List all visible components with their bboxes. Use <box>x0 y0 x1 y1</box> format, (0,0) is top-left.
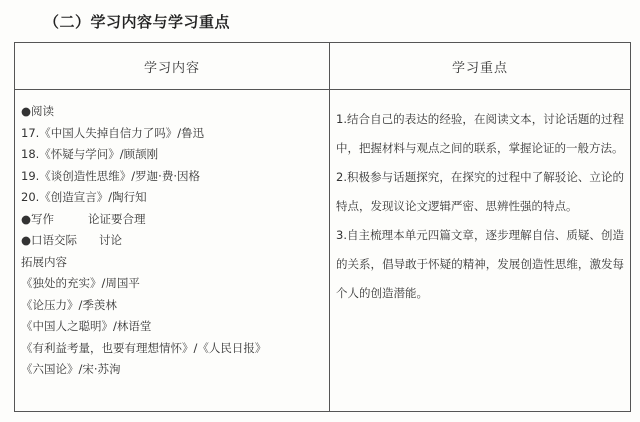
list-item: 《论压力》/季羡林 <box>21 295 321 317</box>
learning-content-list: ●阅读 17.《中国人失掉自信力了吗》/鲁迅 18.《怀疑与学问》/顾颉刚 19… <box>21 101 321 381</box>
focus-point: 2.积极参与话题探究，在探究的过程中了解驳论、立论的特点，发现议论文逻辑严密、思… <box>336 163 624 221</box>
header-learning-content: 学习内容 <box>15 43 329 89</box>
section-title: （二）学习内容与学习重点 <box>44 11 230 32</box>
list-item: 19.《谈创造性思维》/罗迦·费·因格 <box>21 166 321 188</box>
list-item: 《有利益考量，也要有理想情怀》/《人民日报》 <box>21 338 321 360</box>
bullet-icon: ● <box>21 104 31 118</box>
list-item: 17.《中国人失掉自信力了吗》/鲁迅 <box>21 123 321 145</box>
list-item: 《中国人之聪明》/林语堂 <box>21 316 321 338</box>
list-item: ●口语交际讨论 <box>21 230 321 252</box>
list-item: 20.《创造宣言》/陶行知 <box>21 187 321 209</box>
header-learning-focus: 学习重点 <box>330 43 630 89</box>
list-item: 拓展内容 <box>21 252 321 274</box>
list-item: 《独处的充实》/周国平 <box>21 273 321 295</box>
learning-focus-list: 1.结合自己的表达的经验，在阅读文本，讨论话题的过程中，把握材料与观点之间的联系… <box>336 105 624 308</box>
focus-point: 3.自主梳理本单元四篇文章，逐步理解自信、质疑、创造的关系，倡导敢于怀疑的精神，… <box>336 221 624 308</box>
list-item: 18.《怀疑与学问》/顾颉刚 <box>21 144 321 166</box>
list-item: 《六国论》/宋·苏洵 <box>21 359 321 381</box>
study-table: 学习内容 学习重点 ●阅读 17.《中国人失掉自信力了吗》/鲁迅 18.《怀疑与… <box>14 42 631 412</box>
list-item: ●写作论证要合理 <box>21 209 321 231</box>
bullet-icon: ● <box>21 212 31 226</box>
list-item: ●阅读 <box>21 101 321 123</box>
focus-point: 1.结合自己的表达的经验，在阅读文本，讨论话题的过程中，把握材料与观点之间的联系… <box>336 105 624 163</box>
header-divider <box>15 89 630 90</box>
column-divider <box>329 43 330 411</box>
bullet-icon: ● <box>21 233 31 247</box>
